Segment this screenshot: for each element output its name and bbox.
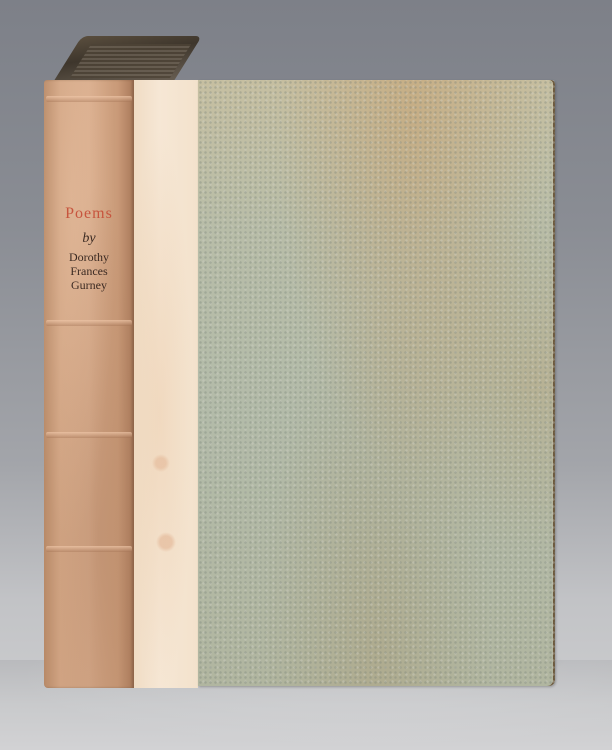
- book-spine: [44, 80, 134, 688]
- spine-raised-band: [46, 432, 132, 438]
- spine-label: Poems by Dorothy Frances Gurney: [48, 205, 130, 293]
- book-page-edges: [70, 44, 191, 78]
- spine-raised-band: [46, 96, 132, 102]
- front-board: [198, 80, 555, 686]
- book-by: by: [48, 231, 130, 247]
- cream-paper-band: [134, 80, 198, 688]
- author-line-2: Frances: [48, 265, 130, 279]
- spine-raised-band: [46, 546, 132, 552]
- book-title: Poems: [48, 205, 130, 223]
- spine-raised-band: [46, 320, 132, 326]
- board-speckle-texture: [198, 80, 555, 686]
- author-line-1: Dorothy: [48, 251, 130, 265]
- author-line-3: Gurney: [48, 279, 130, 293]
